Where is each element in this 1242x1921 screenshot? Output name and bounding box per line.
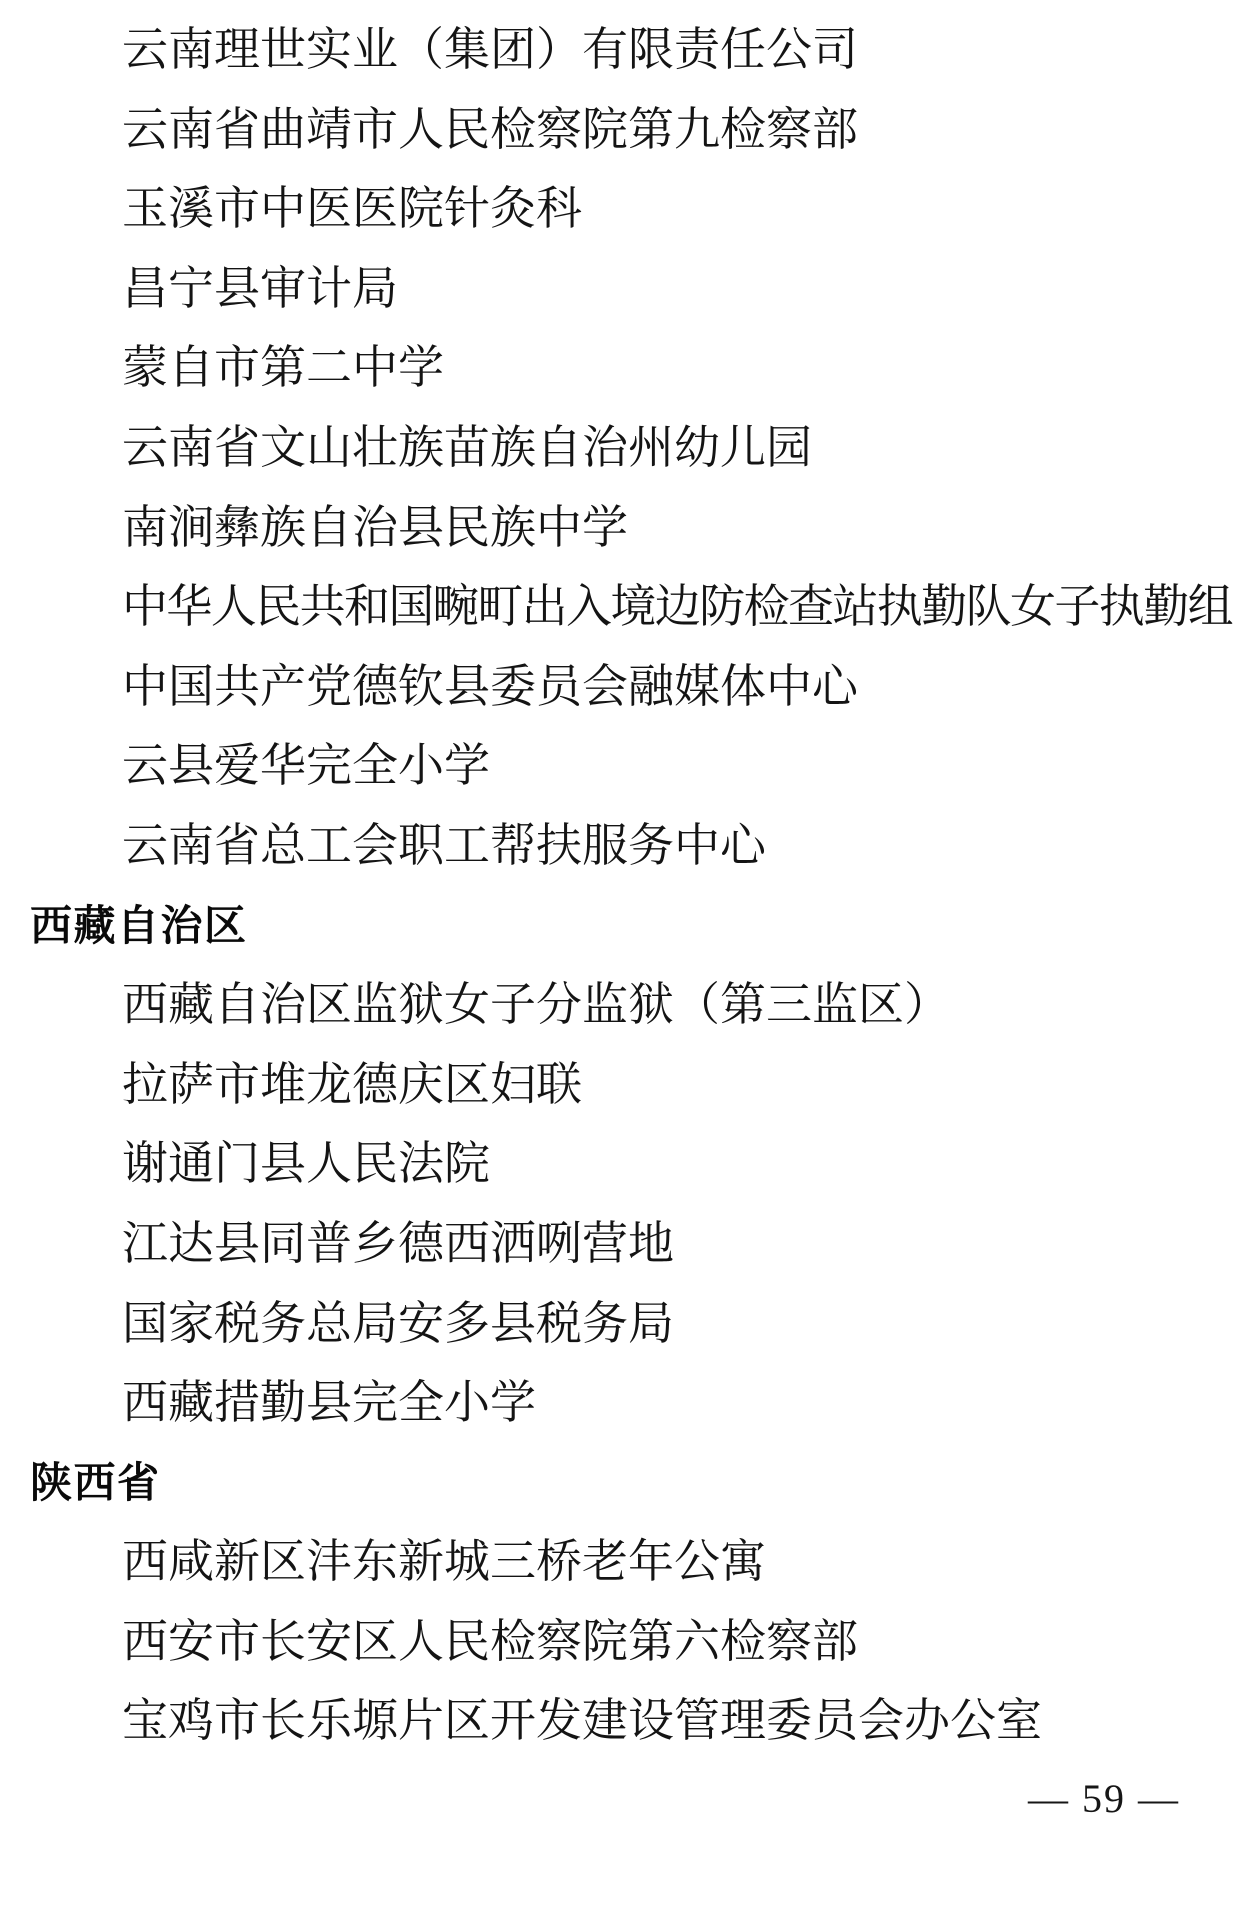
organization-item: 中国共产党德钦县委员会融媒体中心 xyxy=(0,647,1242,727)
organization-item: 云南省文山壮族苗族自治州幼儿园 xyxy=(0,408,1242,488)
organization-award-list: 云南理世实业（集团）有限责任公司云南省曲靖市人民检察院第九检察部玉溪市中医医院针… xyxy=(0,10,1242,1761)
organization-item: 谢通门县人民法院 xyxy=(0,1124,1242,1204)
organization-item: 云南理世实业（集团）有限责任公司 xyxy=(0,10,1242,90)
organization-item: 蒙自市第二中学 xyxy=(0,328,1242,408)
page-number: — 59 — xyxy=(1028,1776,1180,1821)
organization-item: 云县爱华完全小学 xyxy=(0,726,1242,806)
document-page: 云南理世实业（集团）有限责任公司云南省曲靖市人民检察院第九检察部玉溪市中医医院针… xyxy=(0,0,1242,1921)
organization-item: 拉萨市堆龙德庆区妇联 xyxy=(0,1045,1242,1125)
province-header: 西藏自治区 xyxy=(0,886,1242,966)
organization-item: 西藏自治区监狱女子分监狱（第三监区） xyxy=(0,965,1242,1045)
organization-item: 云南省曲靖市人民检察院第九检察部 xyxy=(0,90,1242,170)
organization-item: 江达县同普乡德西洒咧营地 xyxy=(0,1204,1242,1284)
organization-item: 西咸新区沣东新城三桥老年公寓 xyxy=(0,1522,1242,1602)
organization-item: 宝鸡市长乐塬片区开发建设管理委员会办公室 xyxy=(0,1681,1242,1761)
organization-item: 昌宁县审计局 xyxy=(0,249,1242,329)
page-footer: — 59 — xyxy=(0,1775,1242,1822)
organization-item: 云南省总工会职工帮扶服务中心 xyxy=(0,806,1242,886)
organization-item: 国家税务总局安多县税务局 xyxy=(0,1284,1242,1364)
organization-item: 西安市长安区人民检察院第六检察部 xyxy=(0,1602,1242,1682)
organization-item: 玉溪市中医医院针灸科 xyxy=(0,169,1242,249)
province-header: 陕西省 xyxy=(0,1443,1242,1523)
organization-item: 中华人民共和国畹町出入境边防检查站执勤队女子执勤组 xyxy=(0,567,1242,647)
organization-item: 西藏措勤县完全小学 xyxy=(0,1363,1242,1443)
organization-item: 南涧彝族自治县民族中学 xyxy=(0,488,1242,568)
